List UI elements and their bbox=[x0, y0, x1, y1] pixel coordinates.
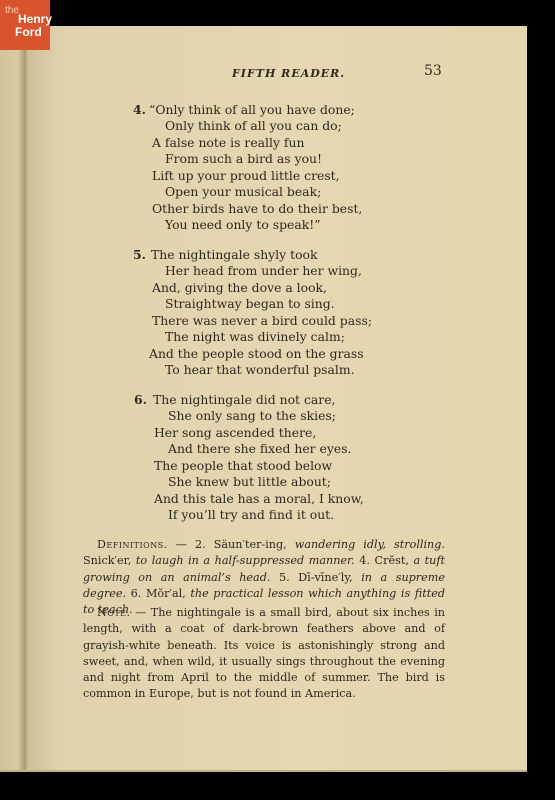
poem-line: The nightingale shyly took bbox=[151, 247, 318, 262]
def-word: Snick′er, bbox=[83, 554, 131, 567]
poem-line: She knew but little about; bbox=[168, 474, 331, 489]
definitions-label: Definitions. bbox=[97, 538, 168, 551]
poem-line: And, giving the dove a look, bbox=[152, 280, 327, 295]
def-meaning: wandering idly, strolling. bbox=[295, 538, 445, 551]
poem-line: Open your musical beak; bbox=[165, 184, 321, 199]
poem-line: Her head from under her wing, bbox=[165, 263, 362, 278]
logo-the: the bbox=[5, 6, 19, 16]
def-word: Dī-vīne′ly, bbox=[298, 571, 353, 584]
stanza-number: 6. bbox=[134, 392, 147, 407]
stanza-number: 4. bbox=[133, 102, 146, 117]
poem-line: A false note is really fun bbox=[152, 135, 304, 150]
poem-line: Her song ascended there, bbox=[154, 425, 316, 440]
poem-line: And the people stood on the grass bbox=[149, 346, 364, 361]
note: Note. — The nightingale is a small bird,… bbox=[83, 605, 445, 703]
poem-line: “Only think of all you have done; bbox=[149, 102, 355, 117]
def-num: 2. bbox=[195, 538, 206, 551]
poem-line: If you’ll try and find it out. bbox=[168, 507, 334, 522]
poem-line: Straightway began to sing. bbox=[165, 296, 335, 311]
note-text: The nightingale is a small bird, about s… bbox=[83, 606, 445, 700]
def-word: Crĕst, bbox=[375, 554, 409, 567]
poem-line: Only think of all you can do; bbox=[165, 118, 342, 133]
running-head: FIFTH READER. bbox=[232, 67, 345, 80]
def-num: 4. bbox=[359, 554, 370, 567]
poem-line: There was never a bird could pass; bbox=[152, 313, 372, 328]
note-label: Note. bbox=[97, 606, 131, 619]
logo-ford: Ford bbox=[15, 26, 42, 38]
poem-line: The nightingale did not care, bbox=[153, 392, 336, 407]
poem-line: Lift up your proud little crest, bbox=[152, 168, 340, 183]
henry-ford-logo: the Henry Ford bbox=[0, 0, 50, 50]
def-num: 6. bbox=[131, 587, 142, 600]
page-number: 53 bbox=[424, 63, 442, 79]
logo-henry: Henry bbox=[18, 13, 52, 25]
poem-line: From such a bird as you! bbox=[165, 151, 322, 166]
poem-line: And this tale has a moral, I know, bbox=[154, 491, 364, 506]
poem-line: She only sang to the skies; bbox=[168, 408, 336, 423]
def-num: 5. bbox=[279, 571, 290, 584]
def-word: Mŏr′al, bbox=[146, 587, 186, 600]
poem-line: And there she fixed her eyes. bbox=[168, 441, 352, 456]
poem-line: Other birds have to do their best, bbox=[152, 201, 362, 216]
poem-line: You need only to speak!” bbox=[165, 217, 321, 232]
poem-line: The night was divinely calm; bbox=[165, 329, 345, 344]
def-word: Säun′ter-ing, bbox=[214, 538, 287, 551]
poem-line: The people that stood below bbox=[154, 458, 332, 473]
poem-line: To hear that wonderful psalm. bbox=[165, 362, 355, 377]
def-meaning: to laugh in a half-suppressed manner. bbox=[136, 554, 355, 567]
stanza-number: 5. bbox=[133, 247, 146, 262]
